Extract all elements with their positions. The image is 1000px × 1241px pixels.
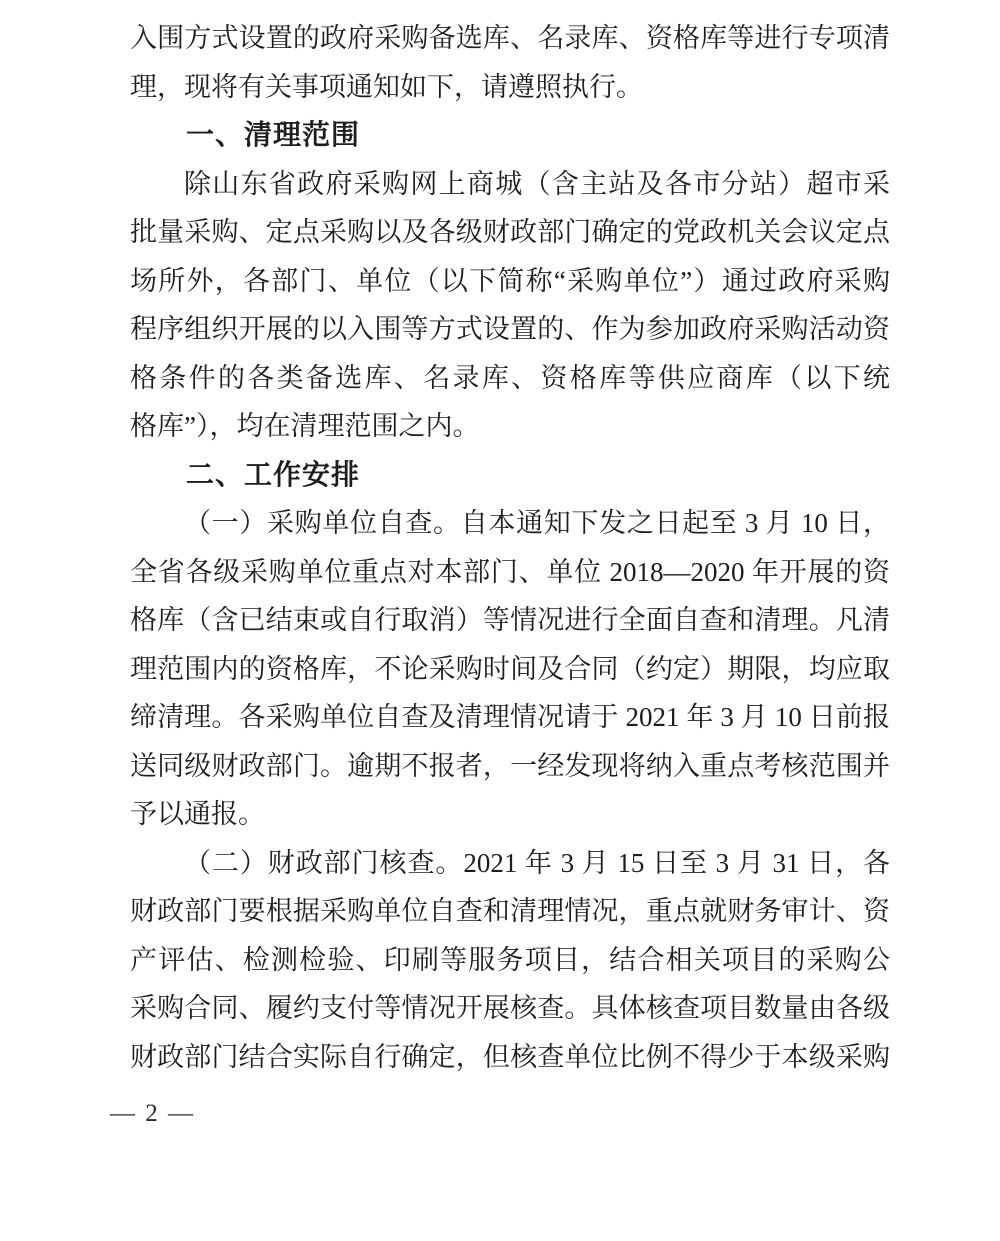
document-line: 格条件的各类备选库、名录库、资格库等供应商库（以下统称“资 bbox=[130, 354, 890, 403]
document-line: （一）采购单位自查。自本通知下发之日起至 3 月 10 日， bbox=[130, 499, 890, 548]
document-line: 除山东省政府采购网上商城（含主站及各市分站）超市采购、 bbox=[130, 160, 890, 209]
document-line: 格库”），均在清理范围之内。 bbox=[130, 402, 890, 451]
document-line: 全省各级采购单位重点对本部门、单位 2018—2020 年开展的资 bbox=[130, 548, 890, 597]
section-heading: 一、清理范围 bbox=[130, 111, 890, 160]
document-line: 采购合同、履约支付等情况开展核查。具体核查项目数量由各级 bbox=[130, 984, 890, 1033]
document-line: 入围方式设置的政府采购备选库、名录库、资格库等进行专项清 bbox=[130, 14, 890, 63]
document-line: 程序组织开展的以入围等方式设置的、作为参加政府采购活动资 bbox=[130, 305, 890, 354]
document-line: 场所外，各部门、单位（以下简称“采购单位”）通过政府采购 bbox=[130, 257, 890, 306]
document-line: 批量采购、定点采购以及各级财政部门确定的党政机关会议定点 bbox=[130, 208, 890, 257]
document-line: 送同级财政部门。逾期不报者，一经发现将纳入重点考核范围并 bbox=[130, 742, 890, 791]
document-line: （二）财政部门核查。2021 年 3 月 15 日至 3 月 31 日，各级 bbox=[130, 839, 890, 888]
page-number: — 2 — bbox=[110, 1100, 195, 1128]
document-line: 财政部门要根据采购单位自查和清理情况，重点就财务审计、资 bbox=[130, 887, 890, 936]
document-line: 理范围内的资格库，不论采购时间及合同（约定）期限，均应取 bbox=[130, 645, 890, 694]
section-heading: 二、工作安排 bbox=[130, 451, 890, 500]
document-line: 予以通报。 bbox=[130, 790, 890, 839]
document-line: 产评估、检测检验、印刷等服务项目，结合相关项目的采购公告、 bbox=[130, 936, 890, 985]
document-line: 缔清理。各采购单位自查及清理情况请于 2021 年 3 月 10 日前报 bbox=[130, 693, 890, 742]
document-line: 格库（含已结束或自行取消）等情况进行全面自查和清理。凡清 bbox=[130, 596, 890, 645]
document-line: 财政部门结合实际自行确定，但核查单位比例不得少于本级采购 bbox=[130, 1033, 890, 1082]
document-line: 理，现将有关事项通知如下，请遵照执行。 bbox=[130, 63, 890, 112]
document-body: 入围方式设置的政府采购备选库、名录库、资格库等进行专项清理，现将有关事项通知如下… bbox=[130, 14, 890, 1081]
document-page: 入围方式设置的政府采购备选库、名录库、资格库等进行专项清理，现将有关事项通知如下… bbox=[0, 0, 1000, 1241]
